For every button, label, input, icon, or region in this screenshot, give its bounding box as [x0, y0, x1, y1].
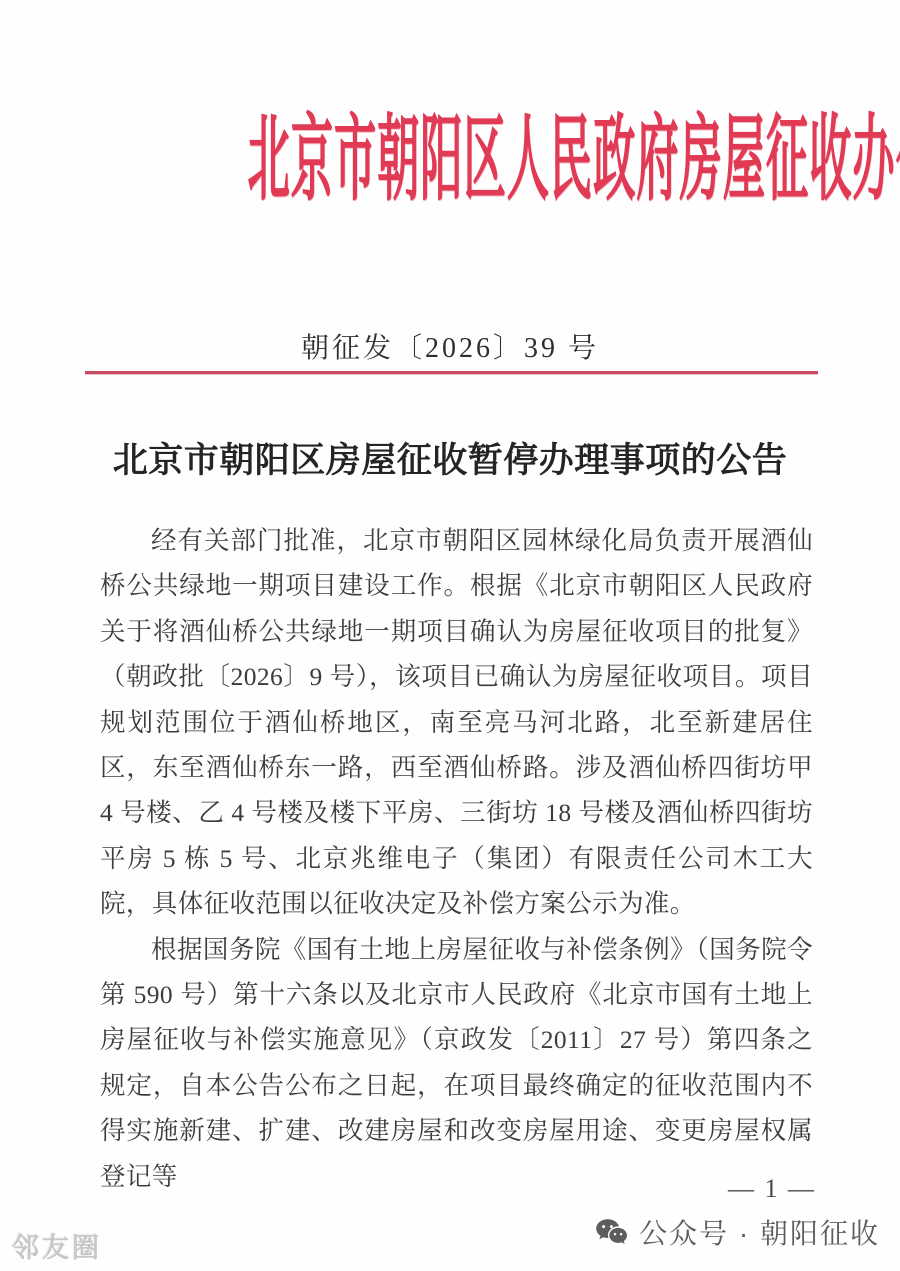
wechat-account-label: 公众号 · 朝阳征收: [639, 1212, 880, 1252]
red-divider-rule: [85, 371, 818, 374]
wechat-icon: [595, 1218, 628, 1247]
document-reference-number: 朝征发〔2026〕39 号: [0, 326, 900, 366]
notice-paragraph: 经有关部门批准，北京市朝阳区园林绿化局负责开展酒仙桥公共绿地一期项目建设工作。根…: [100, 518, 813, 927]
letterhead-office-name: 北京市朝阳区人民政府房屋征收办公室: [248, 104, 653, 216]
page-number: — 1 —: [0, 1174, 816, 1204]
neighbor-circle-watermark: 邻友圈: [12, 1226, 102, 1265]
wechat-account-banner: 公众号 · 朝阳征收: [595, 1212, 880, 1252]
document-page: 北京市朝阳区人民政府房屋征收办公室 朝征发〔2026〕39 号 北京市朝阳区房屋…: [0, 0, 900, 1271]
notice-body: 经有关部门批准，北京市朝阳区园林绿化局负责开展酒仙桥公共绿地一期项目建设工作。根…: [100, 518, 813, 1199]
notice-paragraph: 根据国务院《国有土地上房屋征收与补偿条例》（国务院令第 590 号）第十六条以及…: [100, 927, 813, 1199]
notice-title: 北京市朝阳区房屋征收暂停办理事项的公告: [0, 433, 900, 483]
